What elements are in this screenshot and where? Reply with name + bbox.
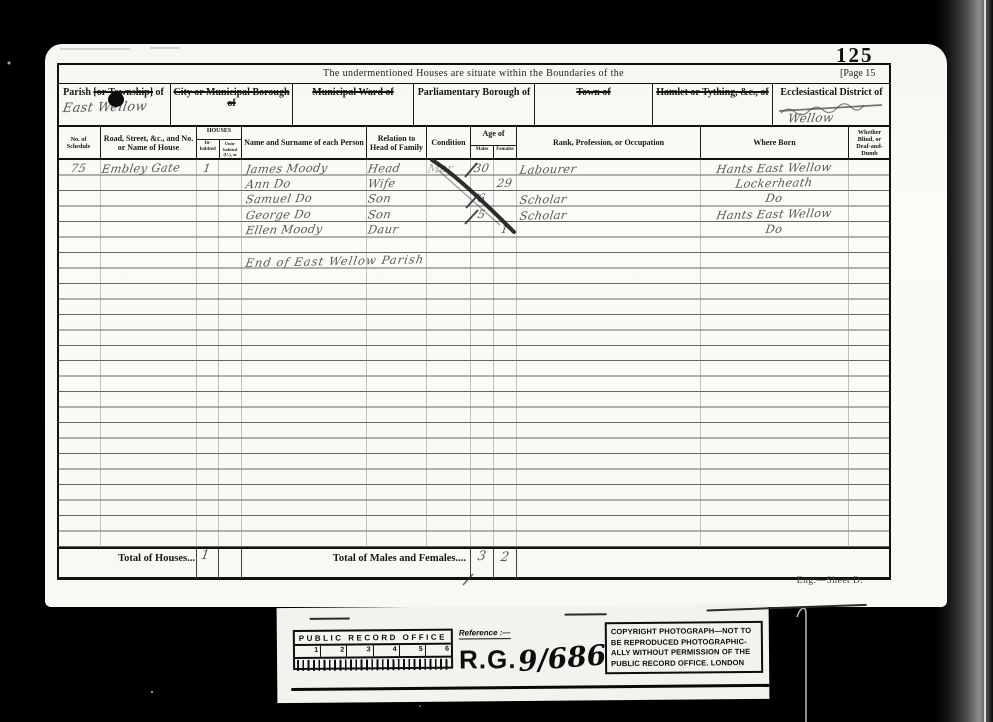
paper-smudge xyxy=(60,48,130,50)
total-houses-value: 1 xyxy=(200,549,218,562)
total-males-females-label: Total of Males and Females.... xyxy=(250,553,466,564)
copyright-stamp: COPYRIGHT PHOTOGRAPH—NOT TOBE REPRODUCED… xyxy=(605,621,763,674)
hole-punch-dot xyxy=(108,92,124,107)
column-header-schedule: No. of Schedule xyxy=(57,125,100,160)
column-header-label: Age of xyxy=(481,129,507,138)
entry-born: Hants East Wellow xyxy=(699,160,850,176)
ruler-inch-5: 5 xyxy=(400,645,426,656)
entry-age_f: 29 xyxy=(492,177,517,190)
sub-header-houses-1: Unin-habited (U.), or Building (B.) xyxy=(219,140,242,160)
district-field-label: Hamlet or Tything, &c., of xyxy=(653,87,772,98)
page-label: [Page 15 xyxy=(840,68,888,79)
column-header-blind: Whether Blind, or Deaf-and-Dumb xyxy=(848,125,890,160)
entry-relation: Head xyxy=(367,161,427,175)
film-edge-line xyxy=(984,0,986,722)
column-header-occupation: Rank, Profession, or Occupation xyxy=(516,125,700,160)
column-header-condition: Condition xyxy=(426,125,470,160)
film-scratch-line xyxy=(797,608,806,722)
ruler-tick-marks xyxy=(297,659,449,671)
district-field-5: Hamlet or Tything, &c., of xyxy=(652,83,772,125)
body-column-line xyxy=(196,160,197,547)
entry-inhabited: 1 xyxy=(195,161,219,174)
ruler-inch-6: 6 xyxy=(426,645,451,656)
totals-cell-line xyxy=(218,547,219,577)
entry-age_m: 30 xyxy=(469,161,494,174)
column-header-houses: HOUSESIn-habitedUnin-habited (U.), or Bu… xyxy=(196,125,241,160)
sub-header-age-1: Females xyxy=(493,146,516,160)
sub-header-age-0: Males xyxy=(471,146,493,160)
entry-relation: Son xyxy=(367,192,427,206)
entry-name: Ann Do xyxy=(245,176,367,192)
census-scan-page: 125 The undermentioned Houses are situat… xyxy=(0,0,993,722)
totals-cell-line xyxy=(196,547,197,577)
reference-stamp: Reference :— R.G. 9/686 xyxy=(459,621,601,674)
district-field-label: Municipal Ward of xyxy=(293,87,413,98)
district-field-label: Ecclesiastical District of xyxy=(773,87,890,98)
body-column-line xyxy=(516,160,517,547)
column-header-born: Where Born xyxy=(700,125,848,160)
totals-cell-line xyxy=(516,547,517,577)
entry-age_m: 6 xyxy=(469,192,494,205)
district-field-2: Municipal Ward of xyxy=(292,83,413,125)
district-field-3: Parliamentary Borough of xyxy=(413,83,534,125)
pro-ruler-stamp: PUBLIC RECORD OFFICE 123456 xyxy=(293,629,453,670)
district-field-label: Town of xyxy=(535,87,652,98)
table-bottom-border xyxy=(57,577,890,580)
body-column-line xyxy=(241,160,242,547)
entry-schedule: 75 xyxy=(56,161,101,175)
column-header-label: Rank, Profession, or Occupation xyxy=(551,138,666,147)
entry-relation: Son xyxy=(367,207,427,221)
film-speck xyxy=(419,705,421,707)
column-header-age: Age ofMalesFemales xyxy=(470,125,516,160)
body-column-line xyxy=(848,160,849,547)
stamp-underline xyxy=(291,684,769,691)
column-header-label: HOUSES xyxy=(205,127,233,136)
ruler-inch-3: 3 xyxy=(347,645,373,656)
body-column-line xyxy=(493,160,494,547)
paper-smudge xyxy=(150,47,180,49)
body-column-line xyxy=(100,160,101,547)
ruler-inch-1: 1 xyxy=(295,646,321,657)
entry-condition: Mar xyxy=(427,161,471,175)
district-field-4: Town of xyxy=(534,83,652,125)
column-header-label: No. of Schedule xyxy=(57,136,100,150)
sub-header-row: MalesFemales xyxy=(471,145,516,160)
entry-name: James Moody xyxy=(245,160,367,176)
copyright-line: COPYRIGHT PHOTOGRAPH—NOT TO xyxy=(611,626,757,638)
boundaries-statement: The undermentioned Houses are situate wi… xyxy=(57,68,890,79)
reference-label: Reference :— xyxy=(459,628,511,639)
sub-header-row: In-habitedUnin-habited (U.), or Building… xyxy=(197,139,241,160)
pro-office-label: PUBLIC RECORD OFFICE xyxy=(295,631,451,646)
total-females-value: 2 xyxy=(494,551,516,564)
reference-series: R.G. xyxy=(459,644,517,676)
stamp-dash xyxy=(565,613,607,615)
column-header-label: Relation to Head of Family xyxy=(367,134,426,152)
sub-header-houses-0: In-habited xyxy=(197,140,219,160)
body-column-line xyxy=(426,160,427,547)
copyright-line: PUBLIC RECORD OFFICE. LONDON xyxy=(611,658,757,670)
entry-road: Embley Gate xyxy=(101,161,197,176)
entry-age_m: 5 xyxy=(469,208,494,221)
where-born-annotation: Wellow xyxy=(787,112,835,126)
total-males-value: 3 xyxy=(471,550,493,563)
body-column-line xyxy=(218,160,219,547)
sheet-note: Eng.—Sheet D. xyxy=(770,576,890,586)
entry-age_f: 1 xyxy=(492,223,517,236)
district-field-label: City or Municipal Borough of xyxy=(171,87,292,109)
district-label-part: Parish xyxy=(63,87,93,98)
ruler-inch-numbers: 123456 xyxy=(295,645,451,659)
column-header-label: Condition xyxy=(429,138,467,147)
column-header-label: Where Born xyxy=(751,138,797,147)
column-header-relation: Relation to Head of Family xyxy=(366,125,426,160)
ruler-inch-2: 2 xyxy=(321,646,347,657)
total-houses-label: Total of Houses... xyxy=(57,553,195,564)
entry-relation: Wife xyxy=(367,176,427,190)
totals-cell-line xyxy=(241,547,242,577)
reference-piece-number: 9/686 xyxy=(517,638,607,678)
film-speck xyxy=(8,62,11,65)
column-header-label: Whether Blind, or Deaf-and-Dumb xyxy=(849,129,890,157)
entry-name: George Do xyxy=(245,207,367,223)
pro-stamp-strip: PUBLIC RECORD OFFICE 123456 Reference :—… xyxy=(277,604,770,703)
table-top-border xyxy=(57,63,890,65)
film-speck xyxy=(151,691,153,693)
column-header-name: Name and Surname of each Person xyxy=(241,125,366,160)
entry-relation: Daur xyxy=(367,223,427,237)
stamp-dash xyxy=(310,618,350,620)
column-header-road: Road, Street, &c., and No. or Name of Ho… xyxy=(100,125,196,160)
district-label-part: of xyxy=(153,87,164,98)
ruler-inch-4: 4 xyxy=(373,645,399,656)
totals-top-border xyxy=(57,547,890,549)
column-header-label: Road, Street, &c., and No. or Name of Ho… xyxy=(101,134,196,152)
district-field-label: Parliamentary Borough of xyxy=(414,87,534,98)
column-header-label: Name and Surname of each Person xyxy=(242,138,366,147)
district-field-1: City or Municipal Borough of xyxy=(170,83,292,125)
